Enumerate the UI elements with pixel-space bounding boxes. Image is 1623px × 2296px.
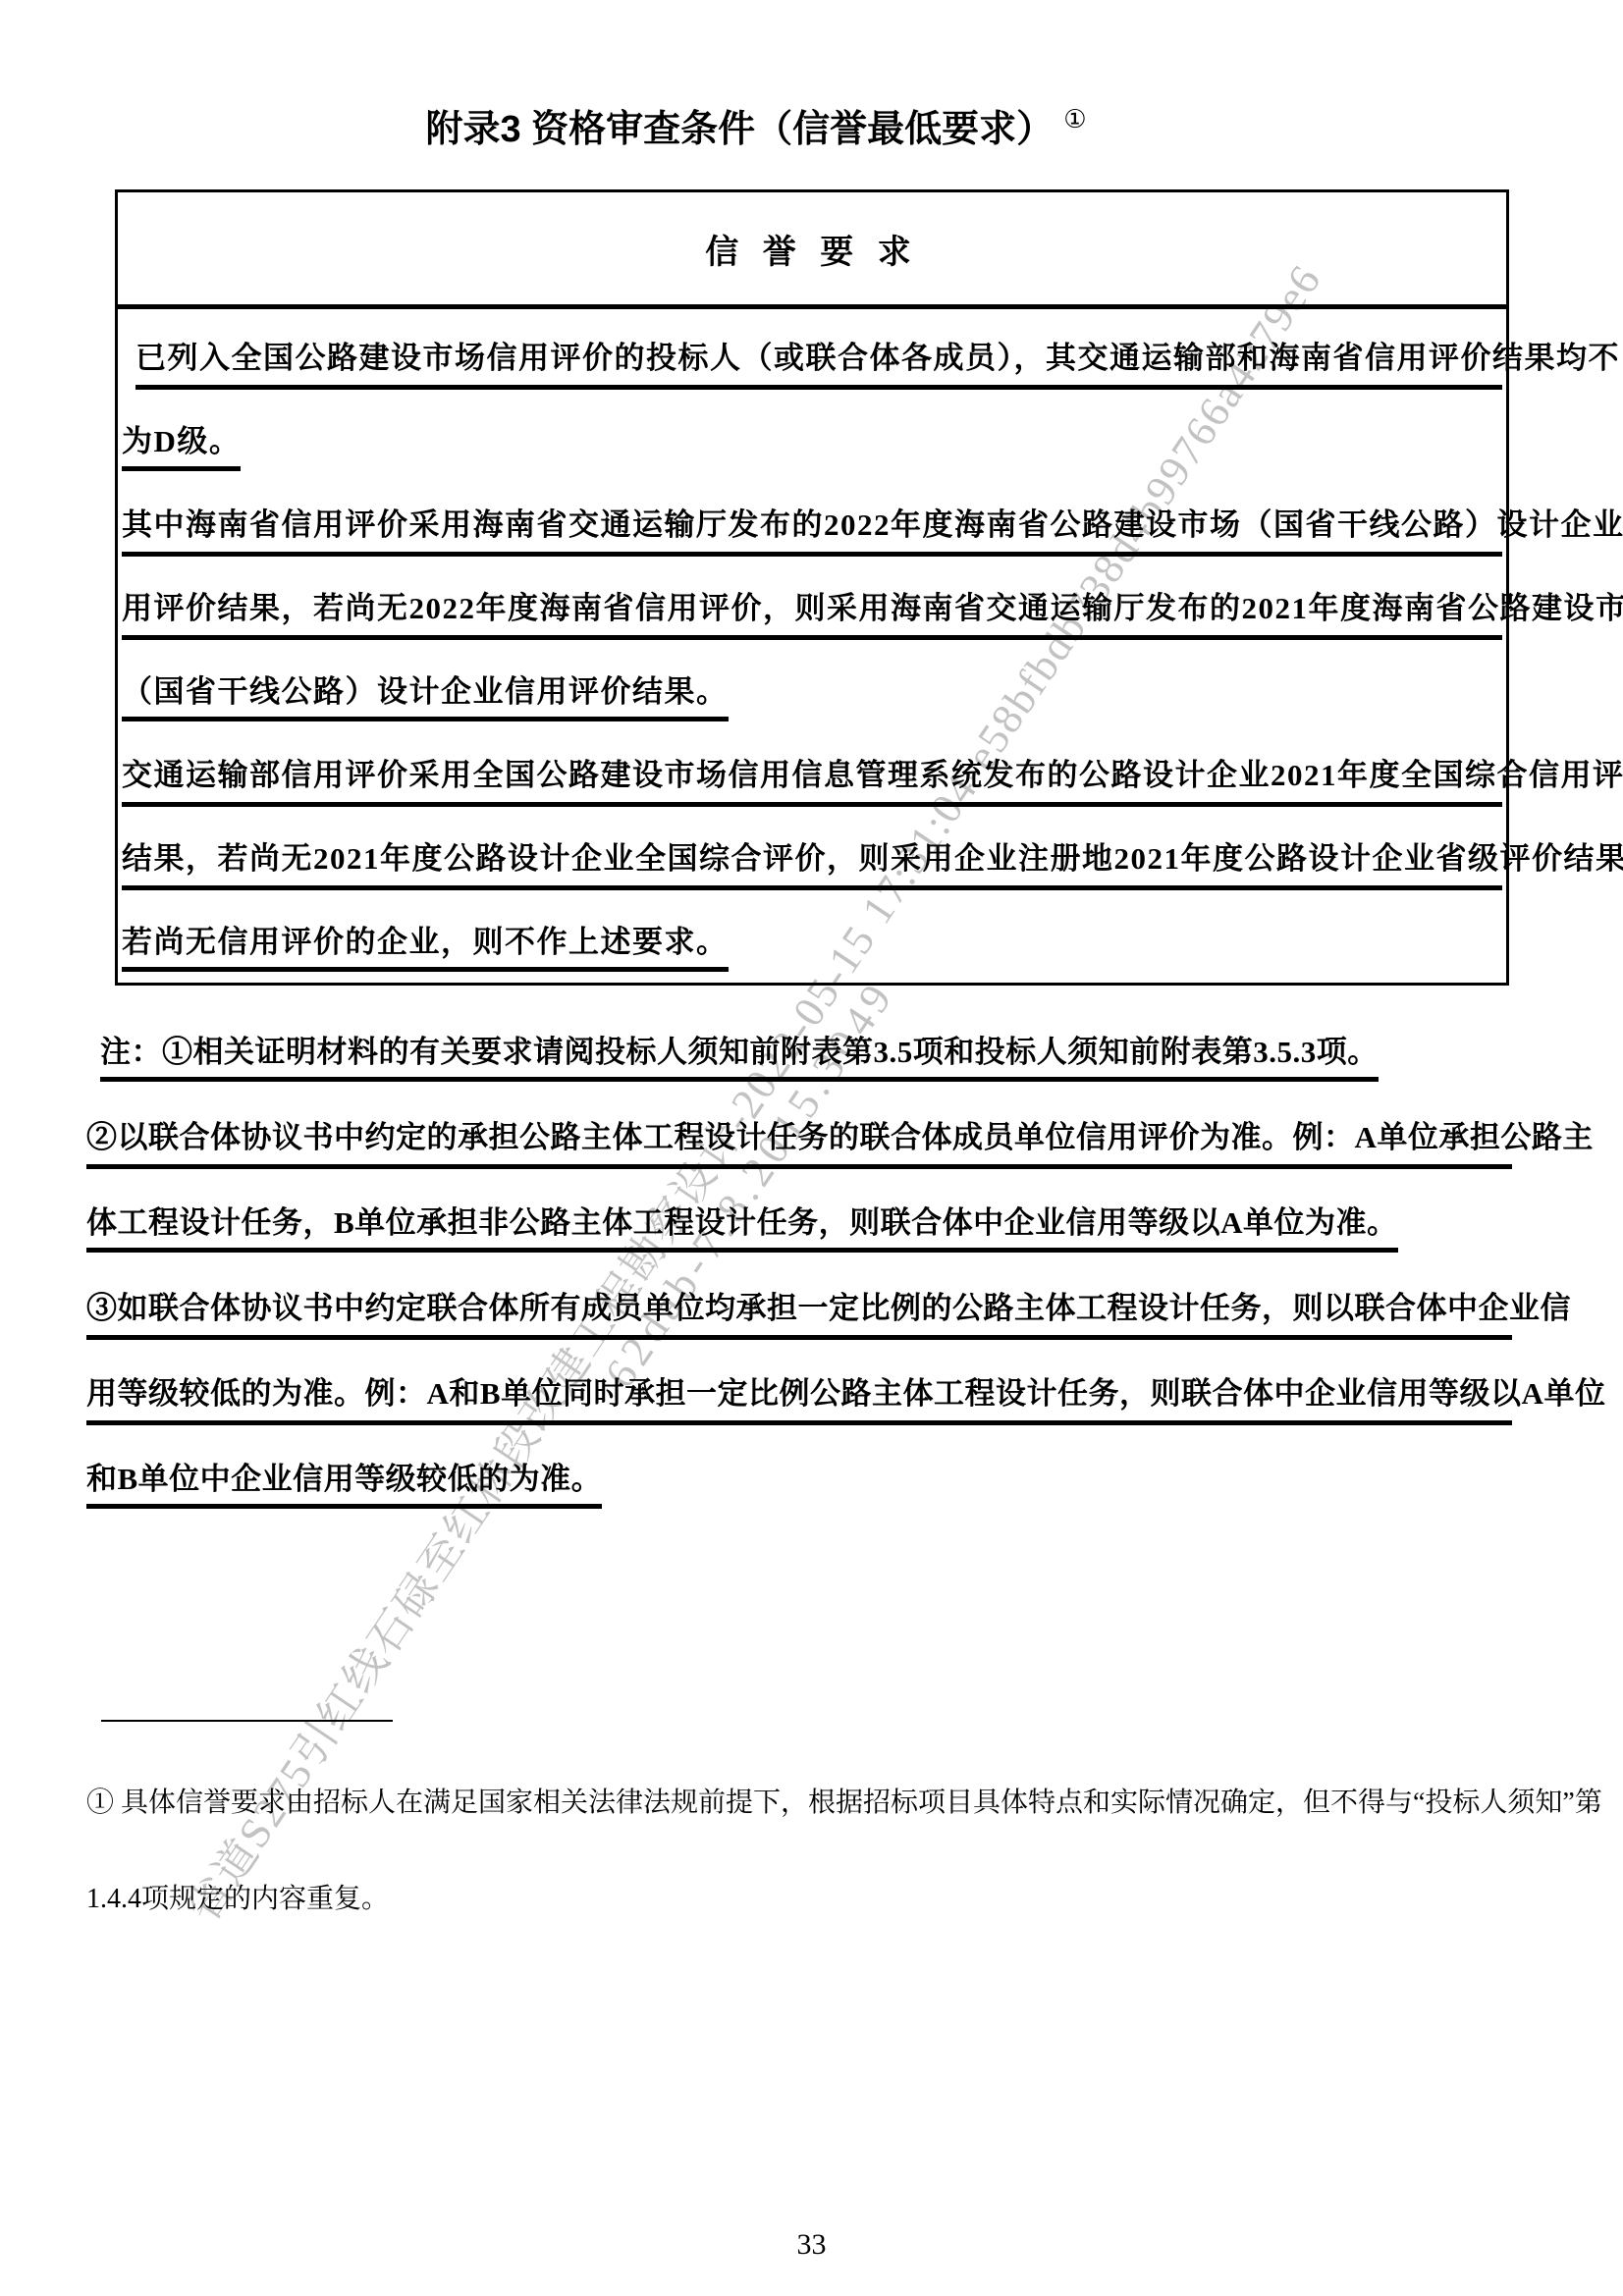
table-line: 交通运输部信用评价采用全国公路建设市场信用信息管理系统发布的公路设计企业2021… <box>122 732 1502 816</box>
page-number: 33 <box>0 2228 1623 2262</box>
table-line: 为D级。 <box>122 399 1502 482</box>
note-line: 用等级较低的为准。例：A和B单位同时承担一定比例公路主体工程设计任务，则联合体中… <box>86 1349 1512 1434</box>
note-line: 和B单位中企业信用等级较低的为准。 <box>86 1434 1512 1520</box>
footnote-line: ① 具体信誉要求由招标人在满足国家相关法律法规前提下，根据招标项目具体特点和实际… <box>86 1781 1559 1820</box>
page-title-text: 附录3 资格审查条件（信誉最低要求） <box>425 109 1054 150</box>
footnote-line: 1.4.4项规定的内容重复。 <box>86 1877 1559 1916</box>
note-line: 注：①相关证明材料的有关要求请阅投标人须知前附表第3.5项和投标人须知前附表第3… <box>86 1007 1512 1093</box>
table-line: 已列入全国公路建设市场信用评价的投标人（或联合体各成员），其交通运输部和海南省信… <box>122 315 1502 399</box>
notes-section: 注：①相关证明材料的有关要求请阅投标人须知前附表第3.5项和投标人须知前附表第3… <box>86 1007 1512 1520</box>
document-page: 省道S275引红线石碌至红林段改建工程勘察设计-2022-05-15 17:31… <box>0 0 1623 2296</box>
table-line: 其中海南省信用评价采用海南省交通运输厅发布的2022年度海南省公路建设市场（国省… <box>122 482 1502 565</box>
note-line: 体工程设计任务，B单位承担非公路主体工程设计任务，则联合体中企业信用等级以A单位… <box>86 1178 1512 1263</box>
table-body-cell: 已列入全国公路建设市场信用评价的投标人（或联合体各成员），其交通运输部和海南省信… <box>118 309 1506 983</box>
table-line: （国省干线公路）设计企业信用评价结果。 <box>122 649 1502 732</box>
table-header-cell: 信 誉 要 求 <box>118 192 1506 309</box>
page-title: 附录3 资格审查条件（信誉最低要求）① <box>0 0 1512 152</box>
credit-requirements-table: 信 誉 要 求 已列入全国公路建设市场信用评价的投标人（或联合体各成员），其交通… <box>115 189 1509 986</box>
note-line: ③如联合体协议书中约定联合体所有成员单位均承担一定比例的公路主体工程设计任务，则… <box>86 1263 1512 1349</box>
note-line: ②以联合体协议书中约定的承担公路主体工程设计任务的联合体成员单位信用评价为准。例… <box>86 1093 1512 1178</box>
table-line: 结果，若尚无2021年度公路设计企业全国综合评价，则采用企业注册地2021年度公… <box>122 816 1502 899</box>
table-line: 用评价结果，若尚无2022年度海南省信用评价，则采用海南省交通运输厅发布的202… <box>122 565 1502 649</box>
table-line: 若尚无信用评价的企业，则不作上述要求。 <box>122 899 1502 983</box>
title-footnote-marker: ① <box>1063 104 1086 133</box>
footnote-separator <box>101 1720 393 1722</box>
